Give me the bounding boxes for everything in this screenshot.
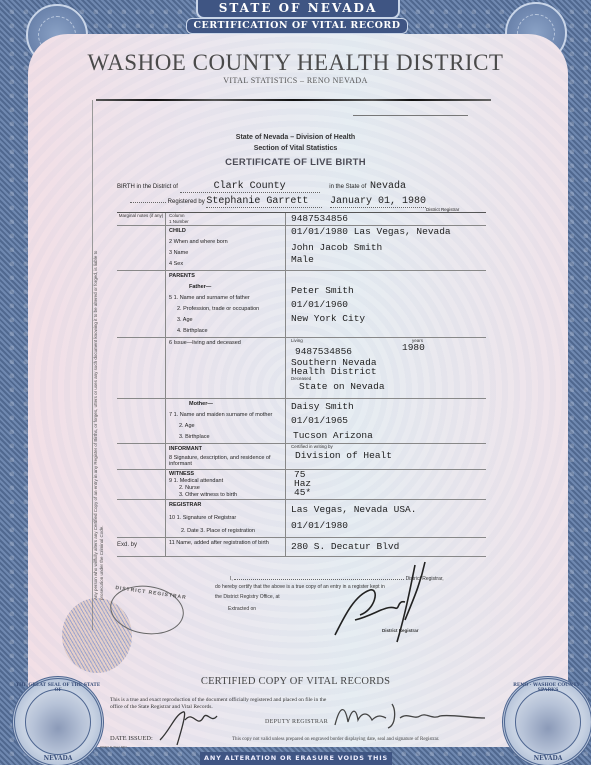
row-values: Daisy Smith 01/01/1965 Tucson Arizona	[285, 399, 486, 443]
washoe-county-seal: RENO · WASHOE COUNTY · SPARKS NEVADA	[502, 676, 591, 765]
marginal-notes-label: Marginal notes (if any)	[117, 213, 165, 225]
witness-value: 75	[294, 470, 486, 479]
child-label: 2 When and where born	[169, 237, 285, 248]
registrar-date-value: 01/01/1980	[291, 520, 486, 532]
registered-by-field: Stephanie Garrett	[206, 196, 322, 208]
date-issued-label: DATE ISSUED:	[110, 735, 153, 742]
seal-emblem-icon	[25, 689, 91, 755]
certificate-title: CERTIFICATE OF LIVE BIRTH	[0, 157, 591, 168]
birth-record-table: Marginal notes (if any) Column 1 Number …	[117, 212, 486, 557]
mother-field-label: 3. Birthplace	[169, 432, 285, 443]
father-field-label: 4. Birthplace	[169, 326, 285, 337]
agency-line-2: Section of Vital Statistics	[0, 145, 591, 152]
certification-banner: CERTIFICATION OF VITAL RECORD	[186, 18, 408, 34]
exd-note: Exd. by	[117, 538, 165, 556]
dotted-leader	[130, 202, 166, 203]
row-labels: PARENTS Father— 5 1. Name and surname of…	[165, 271, 285, 337]
row-labels: 6 Issue—living and deceased	[165, 338, 285, 398]
nevada-state-seal: THE GREAT SEAL OF THE STATE OF NEVADA	[12, 676, 104, 765]
name-added-label: 11 Name, added after registration of bir…	[169, 538, 285, 556]
father-label: Father—	[169, 282, 285, 293]
row-labels: INFORMANT 8 Signature, description, and …	[165, 444, 285, 469]
validity-note: This copy not valid unless prepared on e…	[232, 737, 439, 742]
extracted-on-label: Extracted on	[228, 606, 256, 612]
form-code: PRINT D (Rev) 8/03	[100, 745, 127, 749]
seal-text: RENO · WASHOE COUNTY · SPARKS	[505, 683, 591, 693]
row-values: 01/01/1980 Las Vegas, Nevada John Jacob …	[285, 226, 486, 270]
table-row: CHILD 2 When and where born 3 Name 4 Sex…	[117, 225, 486, 270]
seal-text: THE GREAT SEAL OF THE STATE OF	[15, 683, 101, 693]
row-labels: Mother— 7 1. Name and maiden surname of …	[165, 399, 285, 443]
mother-field-label: 7 1. Name and maiden surname of mother	[169, 410, 285, 421]
margin-cell	[117, 500, 165, 537]
marginal-legal-note: Any person who willfully alters any Cert…	[93, 228, 107, 600]
registrar-place-value: Las Vegas, Nevada USA.	[291, 504, 486, 516]
witness-section-label: WITNESS	[169, 470, 285, 478]
state-registrar-signature-icon	[155, 700, 235, 750]
mother-name-value: Daisy Smith	[291, 401, 486, 413]
father-field-label: 2. Profession, trade or occupation	[169, 304, 285, 315]
registered-date-value: January 01, 1980	[330, 196, 426, 207]
deputy-registrar-label: DEPUTY REGISTRAR	[265, 719, 328, 725]
child-label: 3 Name	[169, 248, 285, 259]
mother-label: Mother—	[169, 399, 285, 410]
margin-cell	[117, 271, 165, 337]
district-title: WASHOE COUNTY HEALTH DISTRICT	[0, 50, 591, 76]
table-row: 6 Issue—living and deceased Living years…	[117, 337, 486, 398]
row-values: Certified in writing by Division of Heal…	[285, 444, 486, 469]
registrar-field-label: 2. Date 3. Place of registration	[169, 526, 285, 537]
row-labels: REGISTRAR 10 1. Signature of Registrar 2…	[165, 500, 285, 537]
father-field-value: New York City	[291, 313, 486, 325]
divider	[96, 99, 491, 101]
row-values: 75 Haz 45*	[285, 470, 486, 499]
row-labels: 11 Name, added after registration of bir…	[165, 538, 285, 556]
living-label: Living	[291, 338, 486, 344]
row-labels: Column 1 Number	[165, 213, 285, 225]
seal-bottom-text: NEVADA	[505, 755, 591, 762]
seal-bottom-text: NEVADA	[15, 755, 101, 762]
child-birth-value: 01/01/1980 Las Vegas, Nevada	[291, 226, 486, 238]
mother-field-value: Tucson Arizona	[291, 430, 486, 442]
row-labels: WITNESS 9 1. Medical attendant 2. Nurse …	[165, 470, 285, 499]
birth-district-label: BIRTH in the District of	[117, 184, 178, 190]
table-row: INFORMANT 8 Signature, description, and …	[117, 443, 486, 469]
margin-cell	[117, 399, 165, 443]
row-labels: CHILD 2 When and where born 3 Name 4 Sex	[165, 226, 285, 270]
row-values: Las Vegas, Nevada USA. 01/01/1980	[285, 500, 486, 537]
row-values: Peter Smith 01/01/1960 New York City	[285, 271, 486, 337]
table-row: Exd. by 11 Name, added after registratio…	[117, 537, 486, 557]
seal-emblem-icon	[515, 689, 581, 755]
margin-cell	[117, 226, 165, 270]
registered-by-label: Registered by	[168, 199, 205, 205]
child-name-value: John Jacob Smith	[291, 242, 486, 254]
deceased-value: State on Nevada	[291, 382, 486, 391]
alteration-warning: ANY ALTERATION OR ERASURE VOIDS THIS CER…	[200, 752, 392, 765]
birth-district-row: BIRTH in the District of Clark County in…	[117, 181, 406, 193]
state-banner: STATE OF NEVADA	[196, 0, 400, 19]
issue-line-value: Health District	[291, 367, 486, 376]
margin-cell	[117, 470, 165, 499]
father-name-value: Peter Smith	[291, 285, 486, 297]
parents-section-label: PARENTS	[169, 271, 285, 282]
certify-line-3: the District Registry Office, at	[215, 594, 280, 600]
table-row: REGISTRAR 10 1. Signature of Registrar 2…	[117, 499, 486, 537]
registrar-signature-icon	[325, 560, 445, 645]
registered-row: Registered by Stephanie Garrett January …	[130, 196, 426, 208]
witness-value: Haz	[294, 479, 486, 488]
margin-cell	[117, 444, 165, 469]
table-row: Marginal notes (if any) Column 1 Number …	[117, 213, 486, 225]
state-value: Nevada	[370, 181, 406, 192]
row-values: 9487534856	[285, 213, 486, 225]
row-values: 280 S. Decatur Blvd	[285, 538, 486, 556]
registered-by-value: Stephanie Garrett	[206, 196, 308, 207]
father-field-label: 3. Age	[169, 315, 285, 326]
table-row: Mother— 7 1. Name and maiden surname of …	[117, 398, 486, 443]
witness-field-label: 9 1. Medical attendant	[169, 478, 285, 485]
father-field-label: 5 1. Name and surname of father	[169, 293, 285, 304]
name-added-value: 280 S. Decatur Blvd	[291, 541, 486, 553]
margin-cell	[117, 338, 165, 398]
agency-line-1: State of Nevada – Division of Health	[0, 134, 591, 141]
district-subtitle: VITAL STATISTICS – RENO NEVADA	[0, 76, 591, 85]
divider	[353, 115, 468, 116]
child-sex-value: Male	[291, 254, 486, 266]
child-label: 4 Sex	[169, 259, 285, 270]
deputy-registrar-signature-icon	[330, 700, 490, 730]
table-row: WITNESS 9 1. Medical attendant 2. Nurse …	[117, 469, 486, 499]
child-section-label: CHILD	[169, 226, 285, 237]
registered-date-field: January 01, 1980	[330, 196, 426, 208]
witness-field-label: 3. Other witness to birth	[169, 492, 285, 499]
birth-district-value: Clark County	[214, 181, 286, 192]
informant-value: Division of Healt	[291, 450, 486, 462]
witness-value: 45*	[294, 488, 486, 497]
table-row: PARENTS Father— 5 1. Name and surname of…	[117, 270, 486, 337]
mother-field-value: 01/01/1965	[291, 415, 486, 427]
years-value: 1980	[402, 342, 425, 354]
state-label: in the State of	[329, 184, 366, 190]
informant-section-label: INFORMANT	[169, 444, 285, 455]
mother-field-label: 2. Age	[169, 421, 285, 432]
number-value: 9487534856	[291, 213, 486, 225]
witness-field-label: 2. Nurse	[169, 485, 285, 492]
birth-district-field: Clark County	[180, 181, 320, 193]
informant-label: 8 Signature, description, and residence …	[169, 455, 285, 469]
registrar-section-label: REGISTRAR	[169, 500, 285, 511]
father-field-value: 01/01/1960	[291, 299, 486, 311]
issue-label: 6 Issue—living and deceased	[169, 338, 285, 349]
certify-prefix: I,	[230, 576, 233, 582]
registrar-field-label: 10 1. Signature of Registrar	[169, 513, 285, 524]
row-values: Living years 1980 9487534856 Southern Ne…	[285, 338, 486, 398]
